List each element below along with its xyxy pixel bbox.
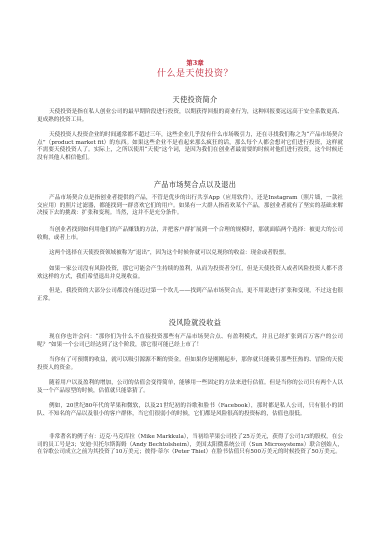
section-heading-angel-intro: 天使投资简介 [0,95,390,105]
section-heading-no-risk-no-reward: 没风险就没收益 [0,318,390,328]
paragraph: 非常著名的例子有：迈克·马克库拉（Mike Markkula），当初给苹果公司投… [37,434,343,457]
paragraph: 天使投资人投资企业的时间通常都不超过三年，这些企业几乎没有什么市场吸引力，还在寻… [37,132,343,162]
paragraph: 这两个选择在天使投资领域被称为“退出”，因为这个时候你就可以兑现你的收益：现金或… [37,250,343,258]
chapter-label: 第3章 [0,59,390,67]
paragraph: 如果一家公司没有风险投资，那它可能会产生持续的盈利，从而为投资者分红，但是天使投… [37,266,343,281]
paragraph: 产品市场契合点是指创业者提供的产品，不管是优步的出行共享App（应用软件），还是… [37,195,343,218]
paragraph: 当你有了可预期的收益，就可以吸引源源不断的资金。但如果你是刚刚起步，那你就只能吸… [37,357,343,372]
paragraph: 但是，我投资的大部分公司都没有能迈过第一个坎儿——找到产品市场契合点，更不用说进… [37,288,343,303]
paragraph: 当创业者找到如何用他们的产品赚钱的方法，并把客户群扩展到一个合理的规模时，那就面… [37,227,343,242]
chapter-title: 什么是天使投资？ [0,68,390,80]
paragraph: 现在你也许会问：“那你们为什么不直接投资那些有产品市场契合点、有盈利模式，并且已… [37,334,343,349]
section-heading-product-market-fit: 产品市场契合点以及退出 [0,180,390,190]
paragraph: 天使投资是指在私人创业公司的最早期阶段进行投资，以期获得回报的商业行为，这种回报… [37,109,343,124]
paragraph: 例如，20世纪80年代的苹果和微软，以及21世纪初的谷歌和脸书（Facebook… [37,403,343,418]
paragraph: 随着用户以及盈利的增加，公司的估值会变得简单，能够用一些固定的方法来进行估值。但… [37,380,343,395]
document-page: 第3章 什么是天使投资？ 天使投资简介 天使投资是指在私人创业公司的最早期阶段进… [0,0,390,546]
